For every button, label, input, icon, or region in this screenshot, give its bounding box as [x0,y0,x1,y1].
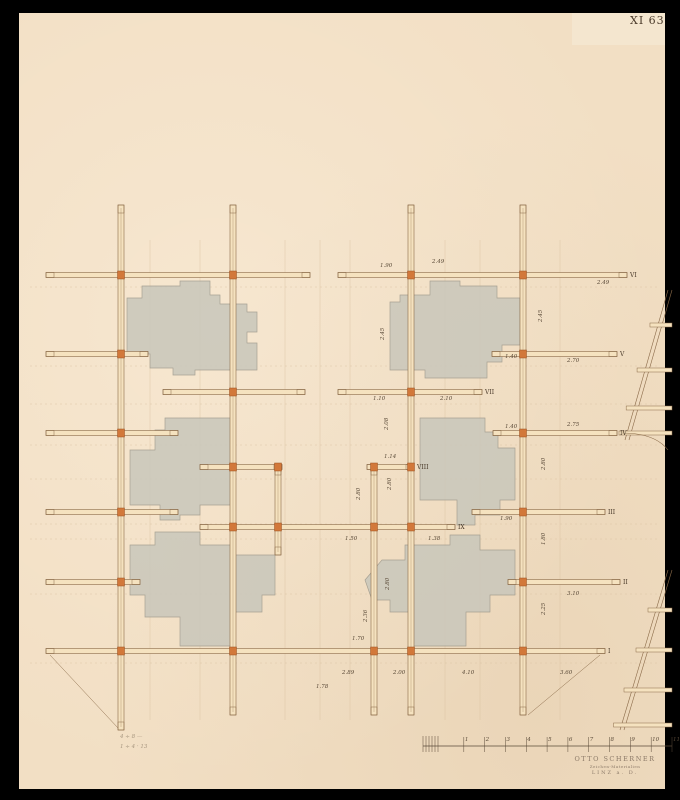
horizontal-beam [46,431,178,436]
dimension-label: 2.10 [439,396,453,402]
beam-joint [408,271,415,279]
maker-stamp: OTTO SCHERNER Zeichen-Materialien LINZ a… [560,755,670,776]
beam-number: III [608,509,616,516]
scale-label: 9 [631,737,635,743]
beam-joint [408,647,415,655]
dimension-label: 1.40 [505,354,518,360]
stair-landing-arc [622,433,668,450]
dimension-label: 1.78 [316,684,329,690]
dimension-label: 2.80 [356,487,362,501]
dimension-label: 2.25 [541,602,547,616]
beam-number: V [619,351,625,358]
maker-city: LINZ a. D. [560,770,670,776]
dimension-label: 2.80 [385,577,391,591]
beam-joint [520,429,527,437]
stair-tread [637,368,672,372]
beam-joint [230,647,237,655]
horizontal-beam [493,431,617,436]
stair-tread [648,608,672,612]
maker-name: OTTO SCHERNER [560,755,670,763]
scale-label: 10 [652,737,659,743]
maker-subtitle: Zeichen-Materialien [560,764,670,769]
dimension-label: 4.10 [461,670,475,676]
footprint-lower-left [130,532,275,646]
dimension-label: 2.08 [384,417,390,431]
beam-joint [408,523,415,531]
stair-tread [614,723,673,727]
dimension-label: 1.50 [345,536,358,542]
horizontal-beam [472,510,605,515]
dimension-label: 2.80 [387,477,393,491]
beam-joint [520,271,527,279]
beam-number: VI [629,272,637,279]
scale-label: 4 [526,737,531,743]
beam-number: VIII [416,464,429,471]
building-footprints [127,281,520,646]
scale-bar: 1234567891011 [423,736,680,752]
beam-number: IV [620,430,627,437]
beam-joint [118,350,125,358]
horizontal-beam [46,352,148,357]
dimension-label: 1.40 [505,424,518,430]
horizontal-beam [200,525,455,530]
beam-joint [520,578,527,586]
footprint-upper-left [127,281,257,375]
stair-tread [626,406,672,410]
beam-joint [230,388,237,396]
scale-label: 6 [569,737,573,743]
scale-label: 7 [590,737,594,743]
dimension-label: 2.45 [380,327,386,341]
beam-joint [230,463,237,471]
pencil-note: 4 ÷ 8 — [119,734,143,740]
dimension-label: 2.36 [363,609,369,623]
beam-joint [520,508,527,516]
beam-joint [408,463,415,471]
pencil-notes: 4 ÷ 8 —1 ÷ 4 · 13 [119,734,148,750]
dimension-label: 2.80 [541,457,547,471]
stair-tread [624,688,672,692]
diagonal-brace [50,655,118,728]
beam-joint [118,508,125,516]
dimension-label: 2.45 [538,309,544,323]
dimension-label: 2.49 [431,259,445,265]
beam-joint [275,463,282,471]
stair-tread [636,648,672,652]
stair-stringer [625,290,668,440]
beam-number: VII [484,389,495,396]
beam-joint [230,271,237,279]
beam-joint [118,271,125,279]
dimension-label: 2.75 [566,422,580,428]
horizontal-beam [46,510,178,515]
beam-number: II [623,579,628,586]
beam-joint [118,429,125,437]
horizontal-beam [200,465,282,470]
beam-joint [275,523,282,531]
dimension-label: 1.90 [500,516,513,522]
pencil-note: 1 ÷ 4 · 13 [120,744,148,750]
horizontal-beam [338,273,627,278]
dimension-label: 2.00 [392,670,406,676]
stair-tread [650,323,672,327]
dimension-label: 1.70 [352,636,365,642]
horizontal-beam [46,580,140,585]
beam-joint [520,350,527,358]
dimension-label: 3.10 [567,591,580,597]
stair-stringer [629,290,672,440]
horizontal-beam [46,273,310,278]
beam-joint [371,463,378,471]
beam-number: I [608,648,611,655]
beam-joint [371,647,378,655]
beam-joint [371,523,378,531]
beam-joint [230,523,237,531]
scale-label: 1 [465,737,469,743]
beam-joint [408,388,415,396]
dimension-label: 2.89 [341,670,355,676]
scale-label: 11 [673,737,680,743]
beam-number: IX [458,524,465,531]
scale-label: 3 [506,737,510,743]
dimension-label: 1.80 [541,532,547,545]
dimension-label: 2.49 [596,280,610,286]
structural-beam-plan: VIVVIIIVVIIIIIIIXIII 1.902.492.492.452.4… [0,0,680,800]
dimension-label: 1.38 [428,536,441,542]
scale-label: 5 [548,737,552,743]
scale-label: 8 [611,737,615,743]
dimension-label: 2.70 [566,358,580,364]
dimension-label: 1.14 [384,454,397,460]
beam-joint [520,647,527,655]
scale-label: 2 [485,737,490,743]
beam-joint [118,578,125,586]
diagonal-brace [528,655,600,715]
dimension-label: 1.10 [373,396,386,402]
dimension-label: 3.60 [560,670,573,676]
beam-joint [118,647,125,655]
dimension-label: 1.90 [380,263,393,269]
